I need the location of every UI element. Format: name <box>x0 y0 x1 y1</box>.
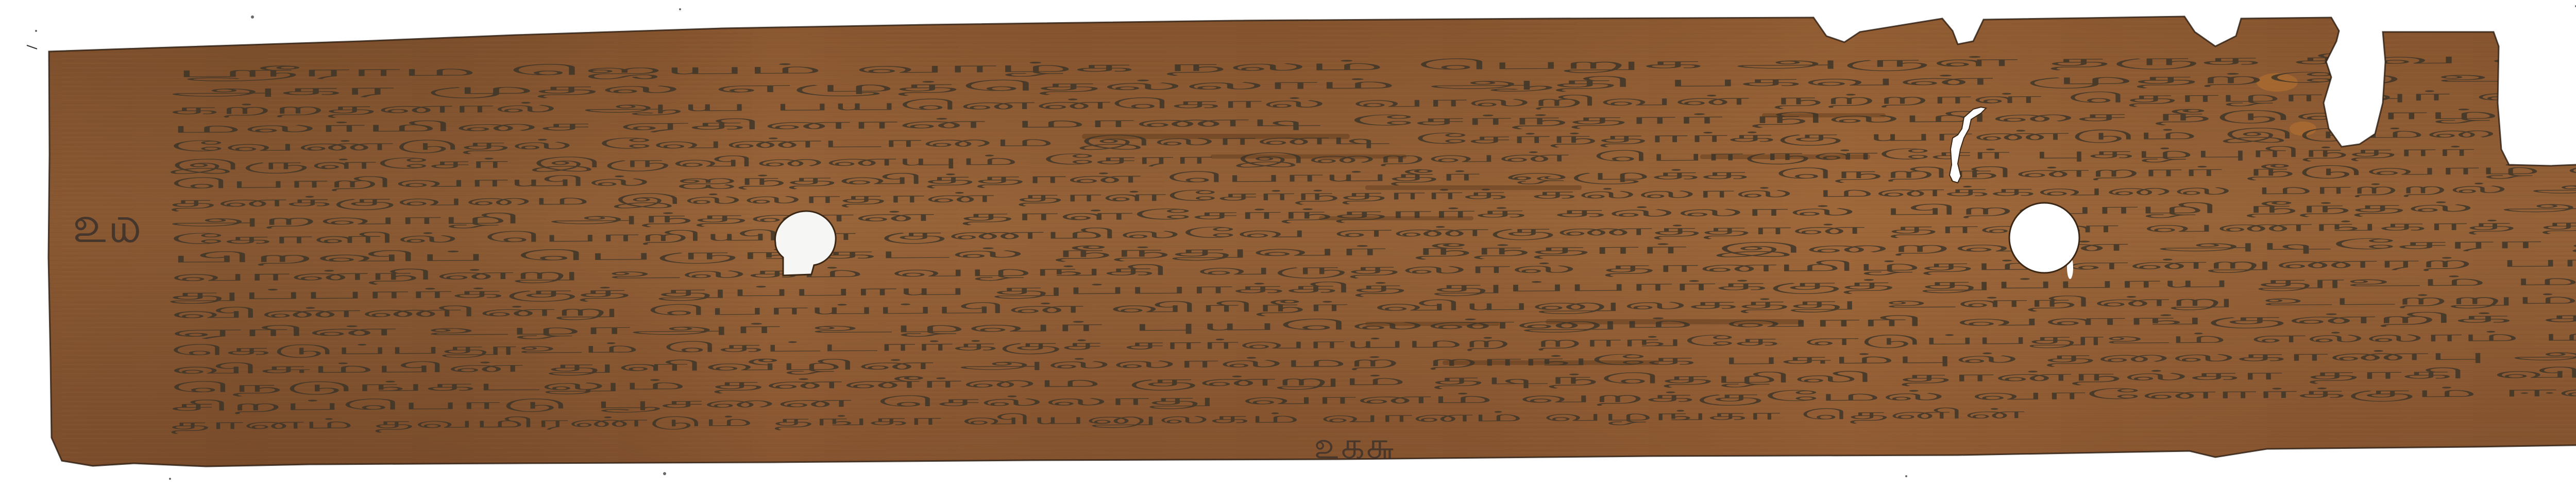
left-margin-numeral: ௨௰ <box>72 194 142 254</box>
right-binding-hole <box>2009 203 2079 273</box>
manuscript-scan: ஸ்ரீராம ஜெயம் வாழ்க நலம் பெறுக அருள் தரு… <box>0 0 2576 486</box>
palm-leaf: ஸ்ரீராம ஜெயம் வாழ்க நலம் பெறுக அருள் தரு… <box>0 0 2576 486</box>
bottom-margin-numeral: ௨௧௬ <box>1314 424 1395 467</box>
